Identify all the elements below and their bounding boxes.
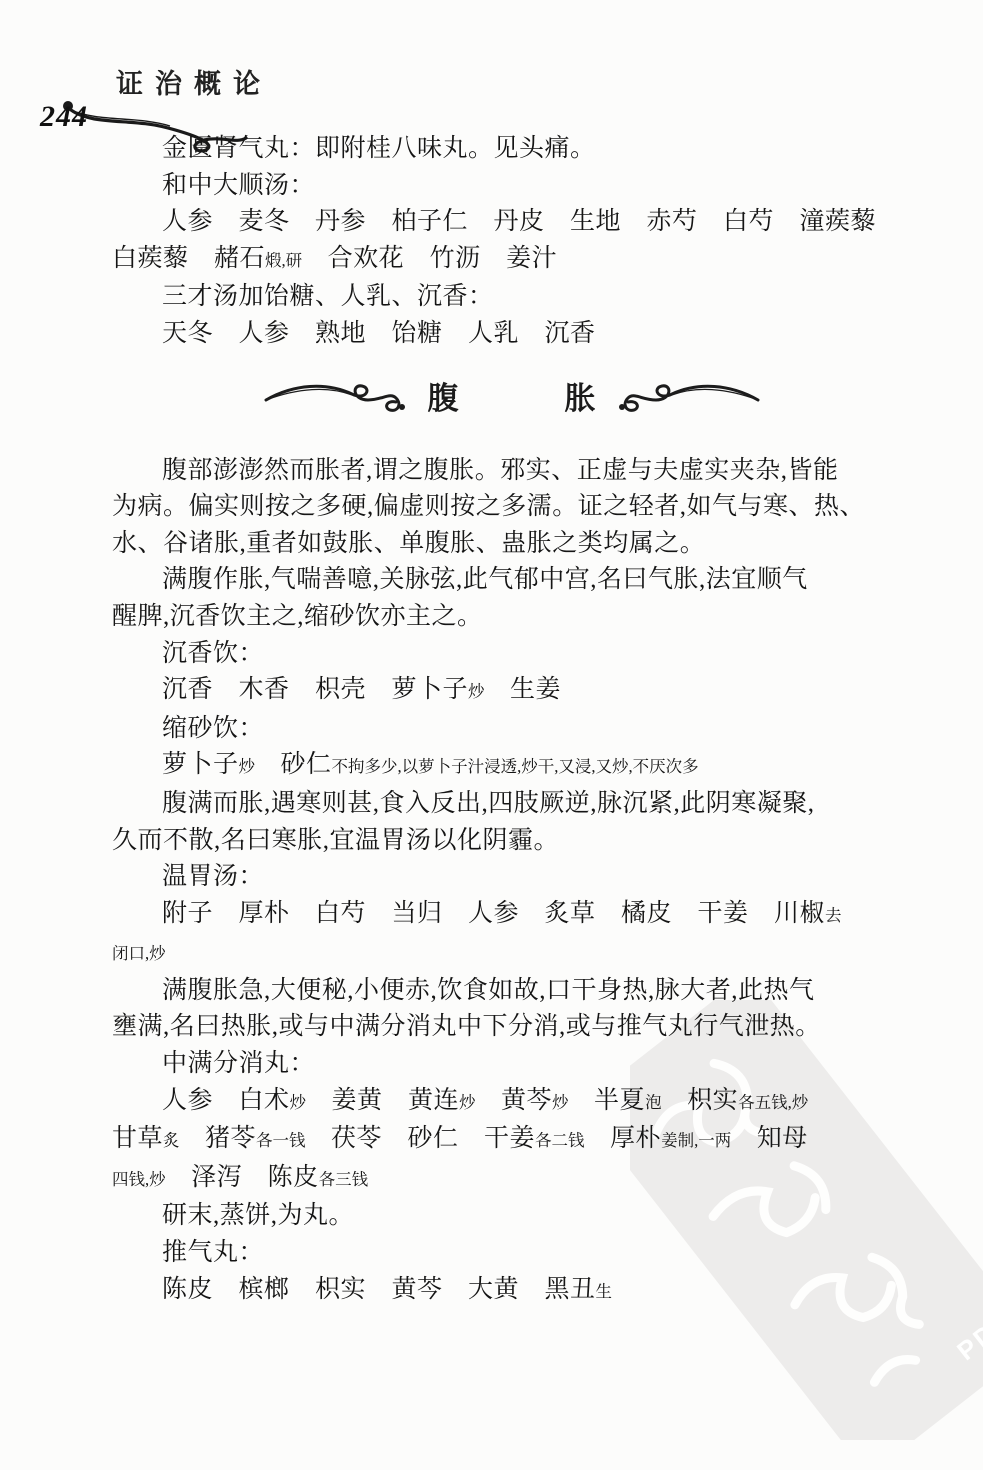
annotation-text: 不拘多少,以萝卜子汁浸透,炒干,又浸,又炒,不厌次多 [332,757,699,776]
body-text: 为病。偏实则按之多硬,偏虚则按之多濡。证之轻者,如气与寒、热、 [112,493,865,520]
annotation-text: 姜制,一两 [661,1131,731,1150]
section-title-char: 胀 [565,373,596,418]
body-text: 生姜 [485,676,562,703]
body-text: 满腹作胀,气喘善噫,关脉弦,此气郁中宫,名曰气胀,法宜顺气 [162,566,808,593]
text-line: 中满分消丸： [112,1046,911,1083]
body-text: 人参 麦冬 丹参 柏子仁 丹皮 生地 赤芍 白芍 潼蒺藜 [162,208,876,235]
text-line: 四钱,炒 泽泻 陈皮各三钱 [112,1160,911,1199]
text-line: 三才汤加饴糖、人乳、沉香： [112,279,911,316]
text-line: 满腹作胀,气喘善噫,关脉弦,此气郁中宫,名曰气胀,法宜顺气 [112,562,911,599]
body-text: 满腹胀急,大便秘,小便赤,饮食如故,口干身热,脉大者,此热气 [162,977,815,1004]
body-text: 温胃汤： [162,863,264,890]
body-text: 腹部澎澎然而胀者,谓之腹胀。邪实、正虚与夫虚实夹杂,皆能 [162,457,839,484]
body-text: 沉香 木香 枳壳 萝卜子 [162,676,468,703]
text-line: 壅满,名曰热胀,或与中满分消丸中下分消,或与推气丸行气泄热。 [112,1009,911,1046]
watermark-label: PDG [951,1302,983,1366]
text-line: 醒脾,沉香饮主之,缩砂饮亦主之。 [112,599,911,636]
body-text: 白蒺藜 赭石 [112,245,265,272]
text-line: 水、谷诸胀,重者如鼓胀、单腹胀、蛊胀之类均属之。 [112,526,911,563]
body-text: 和中大顺汤： [162,172,315,199]
text-line: 附子 厚朴 白芍 当归 人参 炙草 橘皮 干姜 川椒去 [112,896,911,935]
text-line: 天冬 人参 熟地 饴糖 人乳 沉香 [112,316,911,353]
body-text: 萝卜子 [162,751,239,778]
text-line: 久而不散,名曰寒胀,宜温胃汤以化阴霾。 [112,823,911,860]
text-line: 人参 白术炒 姜黄 黄连炒 黄芩炒 半夏泡 枳实各五钱,炒 [112,1083,911,1122]
text-line: 金匮肾气丸：即附桂八味丸。见头痛。 [112,131,911,168]
text-line: 和中大顺汤： [112,168,911,205]
annotation-text: 炒 [290,1093,307,1112]
body-text: 姜黄 黄连 [306,1087,459,1114]
annotation-text: 炒 [552,1093,569,1112]
top-text-block: 金匮肾气丸：即附桂八味丸。见头痛。和中大顺汤：人参 麦冬 丹参 柏子仁 丹皮 生… [112,131,911,353]
annotation-text: 炙 [163,1131,180,1150]
annotation-text: 生 [596,1282,613,1301]
body-text: 研末,蒸饼,为丸。 [162,1202,354,1229]
text-line: 腹满而胀,遇寒则甚,食入反出,四肢厥逆,脉沉紧,此阴寒凝聚, [112,786,911,823]
body-text: 腹满而胀,遇寒则甚,食入反出,四肢厥逆,脉沉紧,此阴寒凝聚, [162,790,815,817]
body-text: 沉香饮： [162,640,264,667]
text-line: 缩砂饮： [112,711,911,748]
body-text: 附子 厚朴 白芍 当归 人参 炙草 橘皮 干姜 川椒 [162,900,825,927]
body-text: 泽泻 陈皮 [166,1164,319,1191]
body-text: 中满分消丸： [162,1050,315,1077]
annotation-text: 炒 [459,1093,476,1112]
section-heading: 腹 胀 [112,367,911,425]
text-line: 为病。偏实则按之多硬,偏虚则按之多濡。证之轻者,如气与寒、热、 [112,489,911,526]
annotation-text: 各二钱 [535,1131,585,1150]
text-line: 沉香饮： [112,636,911,673]
annotation-text: 炒 [239,757,256,776]
annotation-text: 煅,研 [265,251,302,270]
text-line: 陈皮 槟榔 枳实 黄芩 大黄 黑丑生 [112,1272,911,1311]
page-body: 金匮肾气丸：即附桂八味丸。见头痛。和中大顺汤：人参 麦冬 丹参 柏子仁 丹皮 生… [0,131,983,1310]
text-line: 满腹胀急,大便秘,小便赤,饮食如故,口干身热,脉大者,此热气 [112,973,911,1010]
text-line: 萝卜子炒 砂仁不拘多少,以萝卜子汁浸透,炒干,又浸,又炒,不厌次多 [112,747,911,786]
body-text: 知母 [731,1125,808,1152]
body-text: 水、谷诸胀,重者如鼓胀、单腹胀、蛊胀之类均属之。 [112,530,705,557]
text-line: 推气丸： [112,1235,911,1272]
body-text: 半夏 [569,1087,646,1114]
text-line: 沉香 木香 枳壳 萝卜子炒 生姜 [112,672,911,711]
body-text: 金匮肾气丸：即附桂八味丸。见头痛。 [162,135,596,162]
body-text: 枳实 [662,1087,739,1114]
annotation-text: 各一钱 [256,1131,306,1150]
left-flourish-icon [264,374,414,418]
body-text: 黄芩 [476,1087,553,1114]
body-text: 三才汤加饴糖、人乳、沉香： [162,283,494,310]
text-line: 人参 麦冬 丹参 柏子仁 丹皮 生地 赤芍 白芍 潼蒺藜 [112,204,911,241]
annotation-text: 泡 [645,1093,662,1112]
text-line: 腹部澎澎然而胀者,谓之腹胀。邪实、正虚与夫虚实夹杂,皆能 [112,453,911,490]
annotation-text: 各三钱 [319,1170,369,1189]
body-text: 人参 白术 [162,1087,290,1114]
body-text: 醒脾,沉香饮主之,缩砂饮亦主之。 [112,603,483,630]
annotation-text: 闭口,炒 [112,944,166,963]
body-text: 壅满,名曰热胀,或与中满分消丸中下分消,或与推气丸行气泄热。 [112,1013,821,1040]
body-text: 推气丸： [162,1239,264,1266]
body-text: 陈皮 槟榔 枳实 黄芩 大黄 黑丑 [162,1276,596,1303]
text-line: 白蒺藜 赭石煅,研 合欢花 竹沥 姜汁 [112,241,911,280]
body-text: 天冬 人参 熟地 饴糖 人乳 沉香 [162,320,596,347]
section-title-char: 腹 [428,373,459,418]
body-text: 砂仁 [255,751,332,778]
text-line: 闭口,炒 [112,934,911,973]
page-number: 244 [40,100,88,134]
body-text: 合欢花 竹沥 姜汁 [302,245,557,272]
right-flourish-icon [610,374,760,418]
annotation-text: 炒 [468,682,485,701]
text-line: 温胃汤： [112,859,911,896]
body-text: 久而不散,名曰寒胀,宜温胃汤以化阴霾。 [112,827,559,854]
body-text: 甘草 [112,1125,163,1152]
text-line: 研末,蒸饼,为丸。 [112,1198,911,1235]
body-text: 猪苓 [180,1125,257,1152]
annotation-text: 去 [825,906,842,925]
body-text: 厚朴 [585,1125,662,1152]
annotation-text: 四钱,炒 [112,1170,166,1189]
main-text-block: 腹部澎澎然而胀者,谓之腹胀。邪实、正虚与夫虚实夹杂,皆能为病。偏实则按之多硬,偏… [112,453,911,1311]
text-line: 甘草炙 猪苓各一钱 茯苓 砂仁 干姜各二钱 厚朴姜制,一两 知母 [112,1121,911,1160]
body-text: 茯苓 砂仁 干姜 [306,1125,536,1152]
body-text: 缩砂饮： [162,715,264,742]
annotation-text: 各五钱,炒 [738,1093,808,1112]
